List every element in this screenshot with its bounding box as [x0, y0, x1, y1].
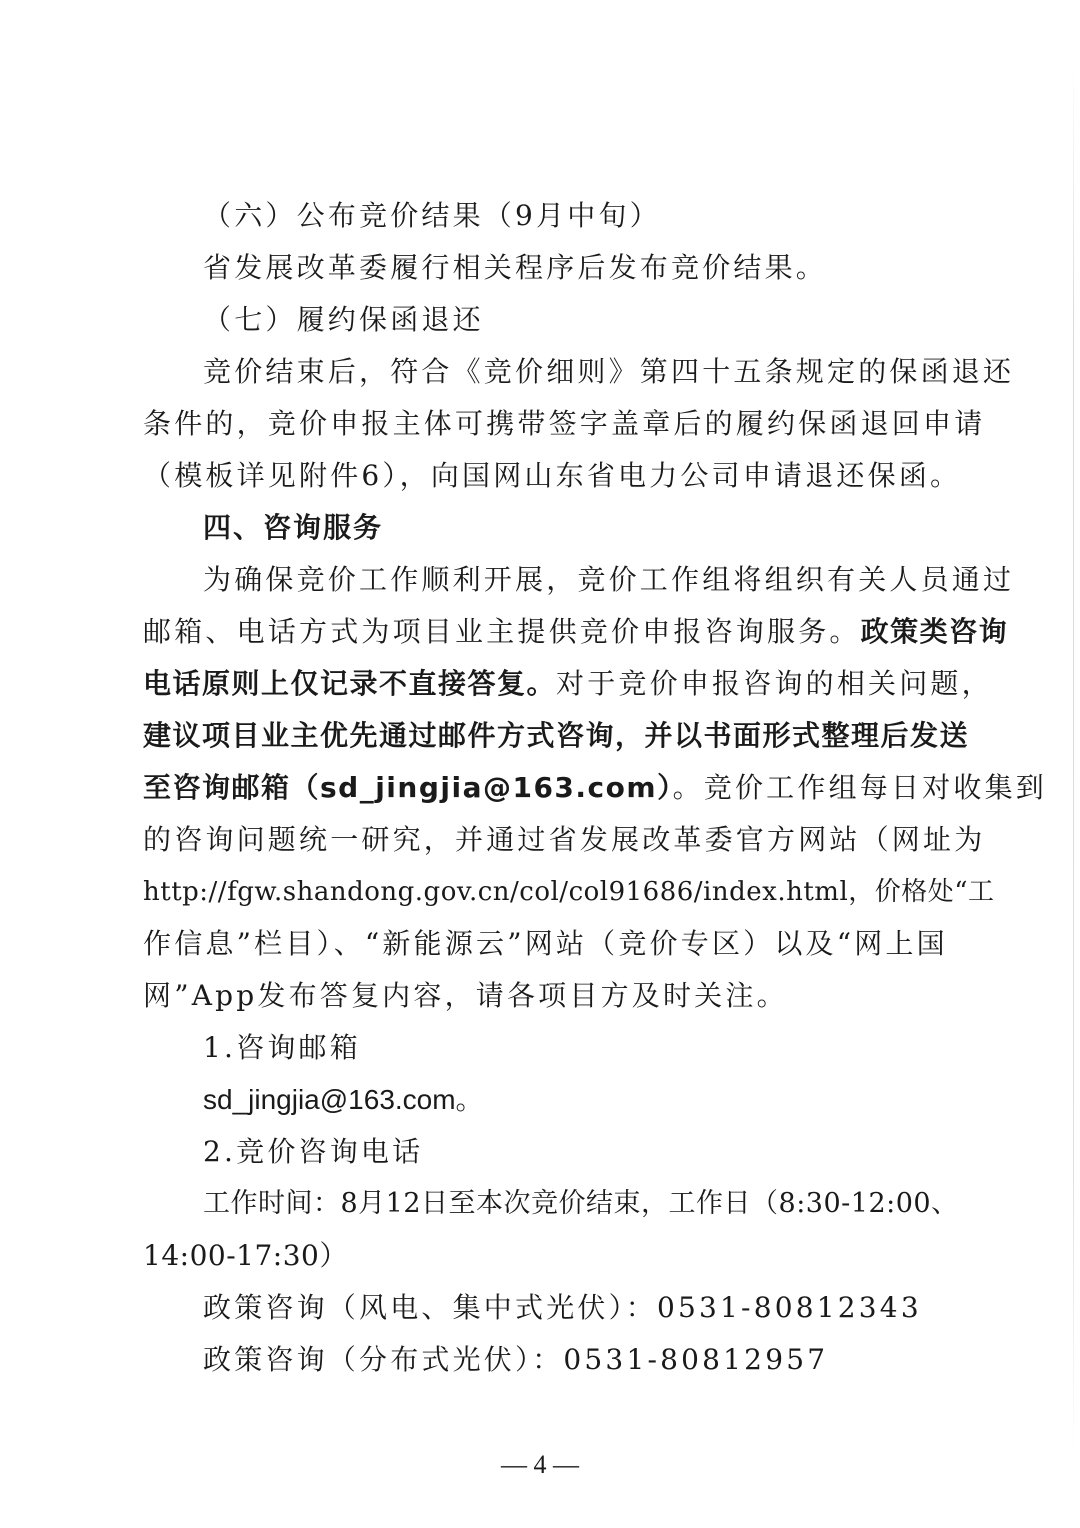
- consult-para-bold-line: 建议项目业主优先通过邮件方式咨询，并以书面形式整理后发送: [143, 716, 943, 756]
- consult-para-bold-text: 电话原则上仅记录不直接答复。: [143, 667, 556, 700]
- consult-para-line: 至咨询邮箱（sd_jingjia@163.com）。竞价工作组每日对收集到: [143, 768, 943, 808]
- scan-edge-line: [1073, 60, 1074, 1460]
- consult-para-line: 作信息”栏目）、“新能源云”网站（竞价专区）以及“网上国: [143, 924, 943, 964]
- consult-para-line: 为确保竞价工作顺利开展，竞价工作组将组织有关人员通过: [203, 560, 1003, 600]
- email-label: 1.咨询邮箱: [203, 1028, 1003, 1068]
- page-number: — 4 —: [0, 1450, 1080, 1480]
- document-page: （六）公布竞价结果（9月中旬） 省发展改革委履行相关程序后发布竞价结果。 （七）…: [0, 0, 1080, 1528]
- section-4-heading: 四、咨询服务: [203, 508, 1003, 548]
- consult-para-line: 的咨询问题统一研究，并通过省发展改革委官方网站（网址为: [143, 820, 943, 860]
- section-7-body-line: 条件的，竞价申报主体可携带签字盖章后的履约保函退回申请: [143, 404, 943, 444]
- email-value: sd_jingjia@163.com。: [203, 1080, 1003, 1120]
- consult-para-text: 对于竞价申报咨询的相关问题，: [556, 667, 993, 700]
- consult-para-line: 邮箱、电话方式为项目业主提供竞价申报咨询服务。政策类咨询: [143, 612, 943, 652]
- consult-para-bold-text: 政策类咨询: [861, 615, 1009, 648]
- consult-para-line: 网”App发布答复内容，请各项目方及时关注。: [143, 976, 943, 1016]
- consult-para-text: 。竞价工作组每日对收集到: [673, 771, 1047, 804]
- consult-para-text: 邮箱、电话方式为项目业主提供竞价申报咨询服务。: [143, 615, 861, 648]
- consult-para-line: 电话原则上仅记录不直接答复。对于竞价申报咨询的相关问题，: [143, 664, 943, 704]
- website-url-line: http://fgw.shandong.gov.cn/col/col91686/…: [143, 872, 943, 912]
- consult-para-bold-text: 至咨询邮箱（sd_jingjia@163.com）: [143, 771, 673, 804]
- phone-label: 2.竞价咨询电话: [203, 1132, 1003, 1172]
- section-6-body: 省发展改革委履行相关程序后发布竞价结果。: [203, 248, 1003, 288]
- working-hours-line: 14:00-17:30）: [143, 1236, 943, 1276]
- section-7-body-line: （模板详见附件6），向国网山东省电力公司申请退还保函。: [143, 456, 943, 496]
- working-hours-line: 工作时间：8月12日至本次竞价结束，工作日（8:30-12:00、: [203, 1184, 1003, 1224]
- section-7-body-line: 竞价结束后，符合《竞价细则》第四十五条规定的保函退还: [203, 352, 1003, 392]
- section-6-title: （六）公布竞价结果（9月中旬）: [203, 196, 1003, 236]
- phone-contact: 政策咨询（风电、集中式光伏）：0531-80812343: [203, 1288, 1003, 1328]
- phone-contact: 政策咨询（分布式光伏）：0531-80812957: [203, 1340, 1003, 1380]
- section-7-title: （七）履约保函退还: [203, 300, 1003, 340]
